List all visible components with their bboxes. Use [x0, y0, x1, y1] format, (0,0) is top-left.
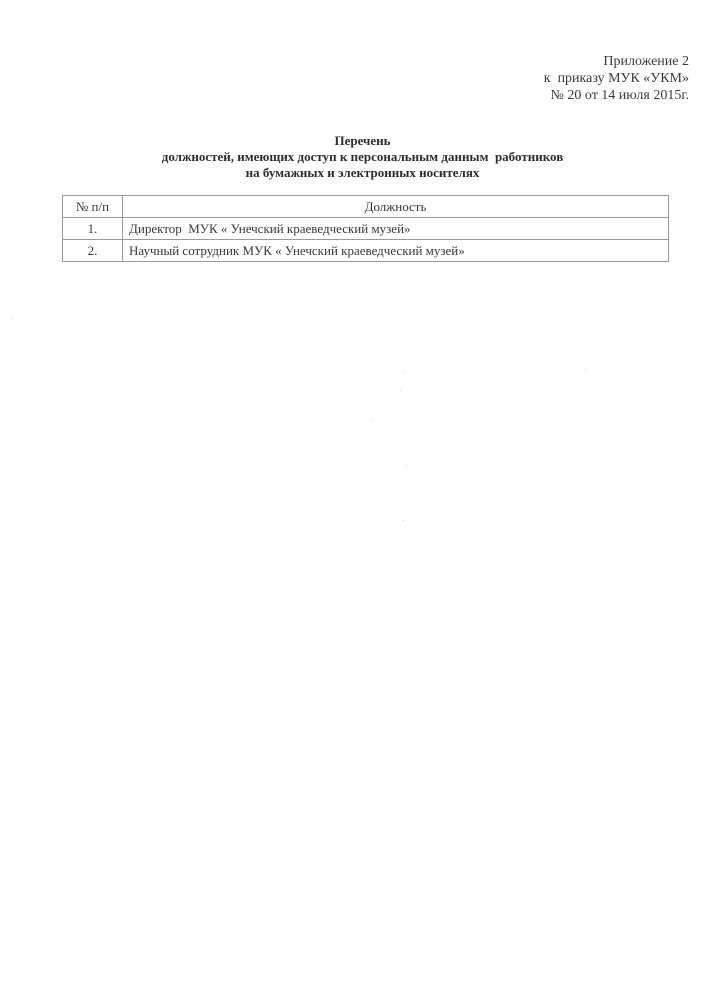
row-number: 2.: [63, 240, 123, 262]
appendix-reference: Приложение 2 к приказу МУК «УКМ» № 20 от…: [544, 53, 689, 104]
scan-speck: [402, 372, 404, 373]
document-page: Приложение 2 к приказу МУК «УКМ» № 20 от…: [0, 0, 725, 1000]
table-row: 1. Директор МУК « Унечский краеведческий…: [63, 218, 669, 240]
header-position: Должность: [123, 196, 669, 218]
scan-speck: [400, 390, 402, 391]
document-title: Перечень должностей, имеющих доступ к пе…: [0, 133, 725, 181]
scan-speck: [12, 318, 14, 319]
appendix-line: к приказу МУК «УКМ»: [544, 70, 689, 87]
row-position: Научный сотрудник МУК « Унечский краевед…: [123, 240, 669, 262]
scan-speck: [585, 369, 587, 370]
scan-speck: [370, 420, 372, 421]
title-line: Перечень: [0, 133, 725, 149]
table-header-row: № п/п Должность: [63, 196, 669, 218]
positions-table: № п/п Должность 1. Директор МУК « Унечск…: [62, 195, 669, 262]
appendix-line: Приложение 2: [544, 53, 689, 70]
title-line: на бумажных и электронных носителях: [0, 165, 725, 181]
scan-speck: [405, 465, 407, 466]
row-number: 1.: [63, 218, 123, 240]
scan-speck: [402, 520, 404, 521]
title-line: должностей, имеющих доступ к персональны…: [0, 149, 725, 165]
appendix-line: № 20 от 14 июля 2015г.: [544, 87, 689, 104]
table-row: 2. Научный сотрудник МУК « Унечский крае…: [63, 240, 669, 262]
row-position: Директор МУК « Унечский краеведческий му…: [123, 218, 669, 240]
header-number: № п/п: [63, 196, 123, 218]
